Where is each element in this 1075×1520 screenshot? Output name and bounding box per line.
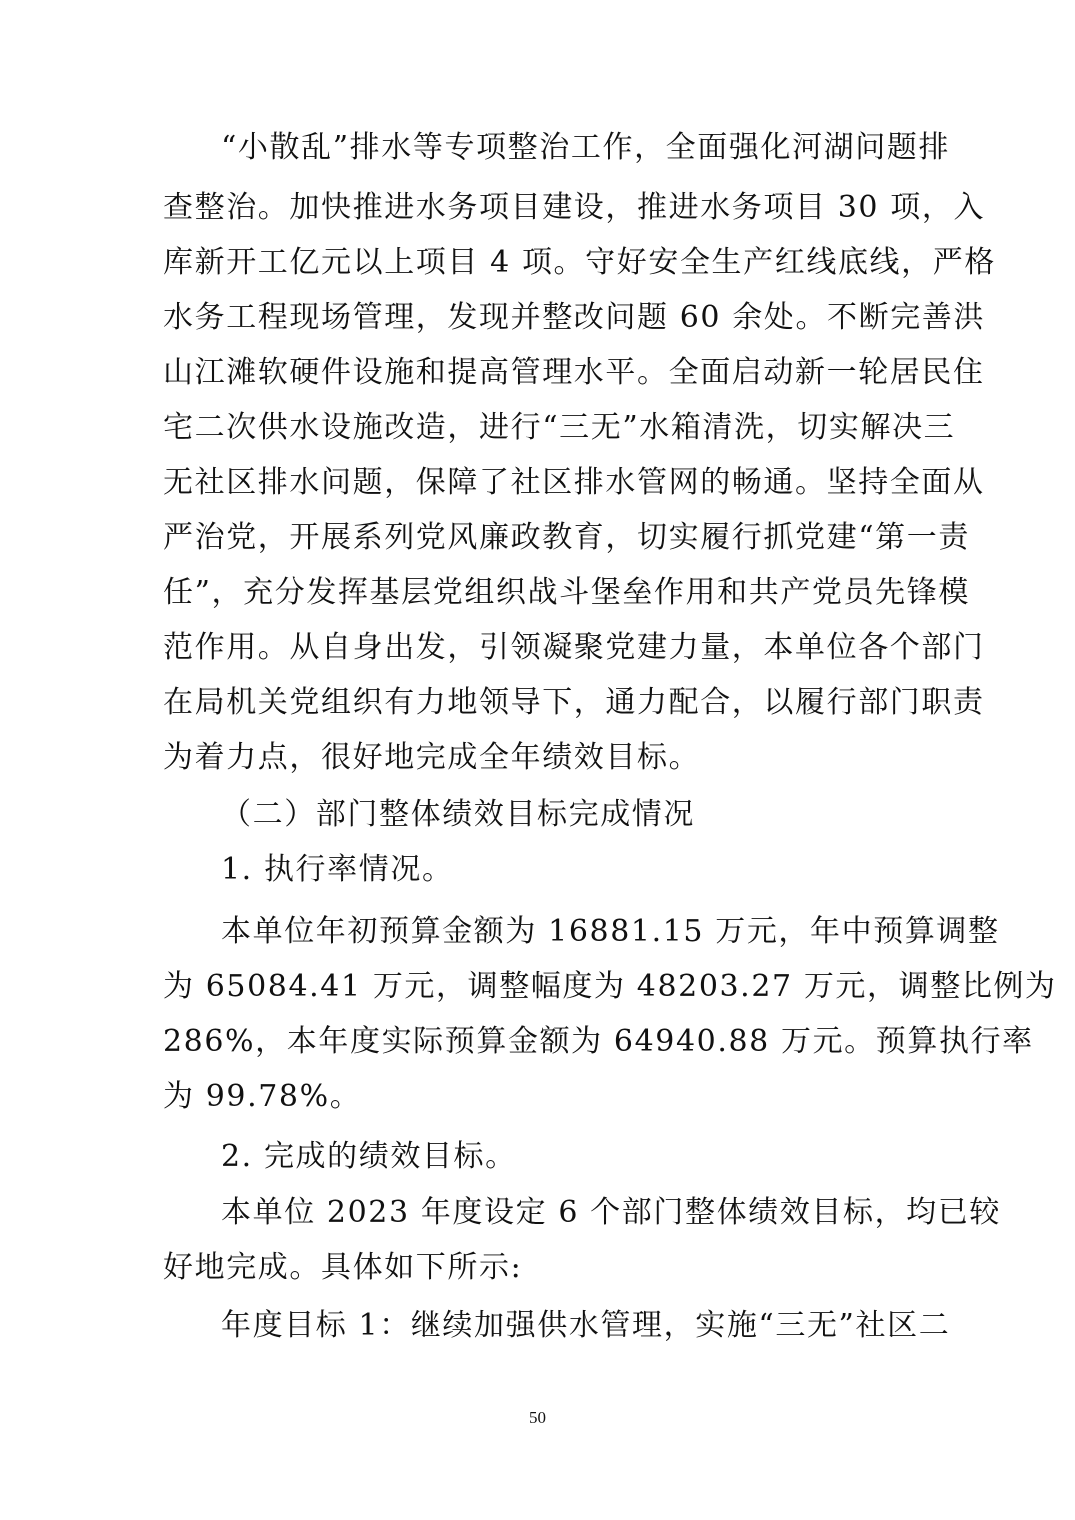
- paragraph-line: 山江滩软硬件设施和提高管理水平。全面启动新一轮居民住: [163, 353, 913, 393]
- paragraph-line: 严治党，开展系列党风廉政教育，切实履行抓党建“第一责: [163, 518, 913, 558]
- paragraph-line: 范作用。从自身出发，引领凝聚党建力量，本单位各个部门: [163, 628, 913, 668]
- paragraph-line: 任”，充分发挥基层党组织战斗堡垒作用和共产党员先锋模: [163, 573, 913, 613]
- paragraph-line: 为 65084.41 万元，调整幅度为 48203.27 万元，调整比例为: [163, 967, 913, 1007]
- paragraph-line: 286%，本年度实际预算金额为 64940.88 万元。预算执行率: [163, 1022, 913, 1062]
- page-number: 50: [0, 1408, 1075, 1428]
- paragraph-line: 在局机关党组织有力地领导下，通力配合，以履行部门职责: [163, 683, 913, 723]
- paragraph-line: 本单位 2023 年度设定 6 个部门整体绩效目标，均已较: [221, 1193, 971, 1233]
- section-heading: （二）部门整体绩效目标完成情况: [221, 795, 971, 835]
- paragraph-line: 好地完成。具体如下所示:: [163, 1248, 913, 1288]
- document-page: “小散乱”排水等专项整治工作，全面强化河湖问题排 查整治。加快推进水务项目建设，…: [0, 0, 1075, 1520]
- paragraph-line: 本单位年初预算金额为 16881.15 万元，年中预算调整: [221, 912, 971, 952]
- paragraph-line: 查整治。加快推进水务项目建设，推进水务项目 30 项，入: [163, 188, 913, 228]
- paragraph-line: 水务工程现场管理，发现并整改问题 60 余处。不断完善洪: [163, 298, 913, 338]
- paragraph-line: 为 99.78%。: [163, 1077, 913, 1117]
- paragraph-line: 无社区排水问题，保障了社区排水管网的畅通。坚持全面从: [163, 463, 913, 503]
- paragraph-line: 库新开工亿元以上项目 4 项。守好安全生产红线底线，严格: [163, 243, 913, 283]
- subheading-performance-goals: 2. 完成的绩效目标。: [221, 1137, 971, 1177]
- paragraph-line: 年度目标 1：继续加强供水管理，实施“三无”社区二: [221, 1306, 971, 1346]
- paragraph-line: 为着力点，很好地完成全年绩效目标。: [163, 738, 913, 778]
- subheading-execution-rate: 1. 执行率情况。: [221, 850, 971, 890]
- paragraph-line: “小散乱”排水等专项整治工作，全面强化河湖问题排: [221, 128, 971, 168]
- paragraph-line: 宅二次供水设施改造，进行“三无”水箱清洗，切实解决三: [163, 408, 913, 448]
